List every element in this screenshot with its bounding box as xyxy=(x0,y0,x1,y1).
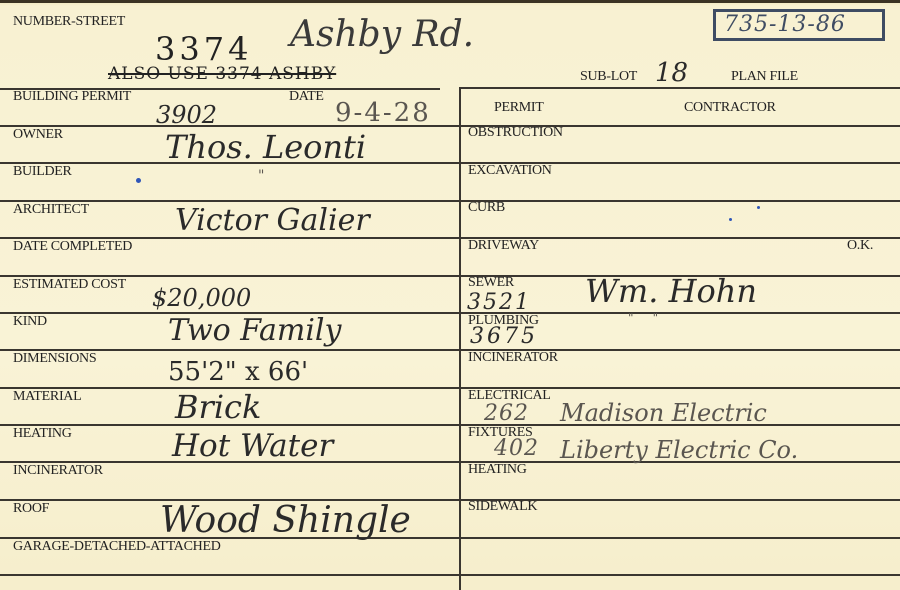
contractor-column-header: CONTRACTOR xyxy=(684,101,776,115)
fixtures-permit-value: 402 xyxy=(494,436,539,461)
sewer-label: SEWER xyxy=(468,276,514,290)
architect-label: ARCHITECT xyxy=(13,203,89,217)
builder-value: " xyxy=(258,168,264,184)
material-value: Brick xyxy=(175,388,261,426)
plumbing-contractor-value: " " xyxy=(628,311,658,325)
material-label: MATERIAL xyxy=(13,390,81,404)
electrical-contractor-value: Madison Electric xyxy=(560,399,767,427)
incinerator-label: INCINERATOR xyxy=(13,464,103,478)
estimated-cost-value: $20,000 xyxy=(152,284,251,312)
sub-lot-value: 18 xyxy=(655,58,688,88)
file-number-stamp: 735-13-86 xyxy=(713,9,885,41)
ink-speck xyxy=(136,178,141,183)
rule-line xyxy=(0,162,900,164)
kind-value: Two Family xyxy=(168,313,341,348)
ink-speck xyxy=(757,206,760,209)
builder-label: BUILDER xyxy=(13,165,72,179)
permit-column-header: PERMIT xyxy=(494,101,544,115)
driveway-label: DRIVEWAY xyxy=(468,239,539,253)
sewer-permit-value: 3521 xyxy=(467,290,531,315)
rule-line xyxy=(459,87,900,89)
sewer-contractor-value: Wm. Hohn xyxy=(585,272,757,310)
sidewalk-label: SIDEWALK xyxy=(468,500,537,514)
rule-line xyxy=(0,237,900,239)
number-street-label: NUMBER-STREET xyxy=(13,15,125,29)
architect-value: Victor Galier xyxy=(175,203,370,238)
estimated-cost-label: ESTIMATED COST xyxy=(13,278,126,292)
kind-label: KIND xyxy=(13,315,47,329)
rule-line xyxy=(0,574,900,576)
fixtures-contractor-value: Liberty Electric Co. xyxy=(560,436,798,464)
electrical-permit-value: 262 xyxy=(484,401,529,426)
dimensions-label: DIMENSIONS xyxy=(13,352,96,366)
struck-alternate-address: ALSO USE 3374 ASHBY xyxy=(108,64,336,84)
garage-label: GARAGE-DETACHED-ATTACHED xyxy=(13,540,221,554)
heating-value: Hot Water xyxy=(172,428,333,464)
rule-line xyxy=(0,349,900,351)
building-permit-index-card: NUMBER-STREET 3374 Ashby Rd. ALSO USE 33… xyxy=(0,0,900,590)
incinerator-permit-label: INCINERATOR xyxy=(468,351,558,365)
rule-line xyxy=(0,275,900,277)
card-top-edge xyxy=(0,0,900,3)
date-value: 9-4-28 xyxy=(335,98,431,128)
obstruction-label: OBSTRUCTION xyxy=(468,126,563,140)
plan-file-label: PLAN FILE xyxy=(731,70,798,84)
heating-permit-label: HEATING xyxy=(468,463,527,477)
rule-line xyxy=(0,387,900,389)
rule-line xyxy=(0,200,900,202)
curb-label: CURB xyxy=(468,201,505,215)
plumbing-permit-value: 3675 xyxy=(470,324,538,349)
roof-label: ROOF xyxy=(13,502,49,516)
owner-label: OWNER xyxy=(13,128,63,142)
sub-lot-label: SUB-LOT xyxy=(580,70,637,84)
street-name-value: Ashby Rd. xyxy=(290,14,474,55)
driveway-ok-note: O.K. xyxy=(847,239,873,253)
building-permit-label: BUILDING PERMIT xyxy=(13,90,131,104)
dimensions-value: 55'2" x 66' xyxy=(168,357,308,387)
date-label: DATE xyxy=(289,90,324,104)
excavation-label: EXCAVATION xyxy=(468,164,552,178)
owner-value: Thos. Leonti xyxy=(165,128,366,166)
heating-label: HEATING xyxy=(13,427,72,441)
file-number-value: 735-13-86 xyxy=(724,12,846,37)
street-number-value: 3374 xyxy=(155,30,252,68)
ink-speck xyxy=(729,218,732,221)
rule-line xyxy=(0,499,900,501)
rule-line xyxy=(0,125,900,127)
date-completed-label: DATE COMPLETED xyxy=(13,240,132,254)
building-permit-value: 3902 xyxy=(156,101,217,129)
rule-line xyxy=(0,312,900,314)
roof-value: Wood Shingle xyxy=(160,500,411,541)
